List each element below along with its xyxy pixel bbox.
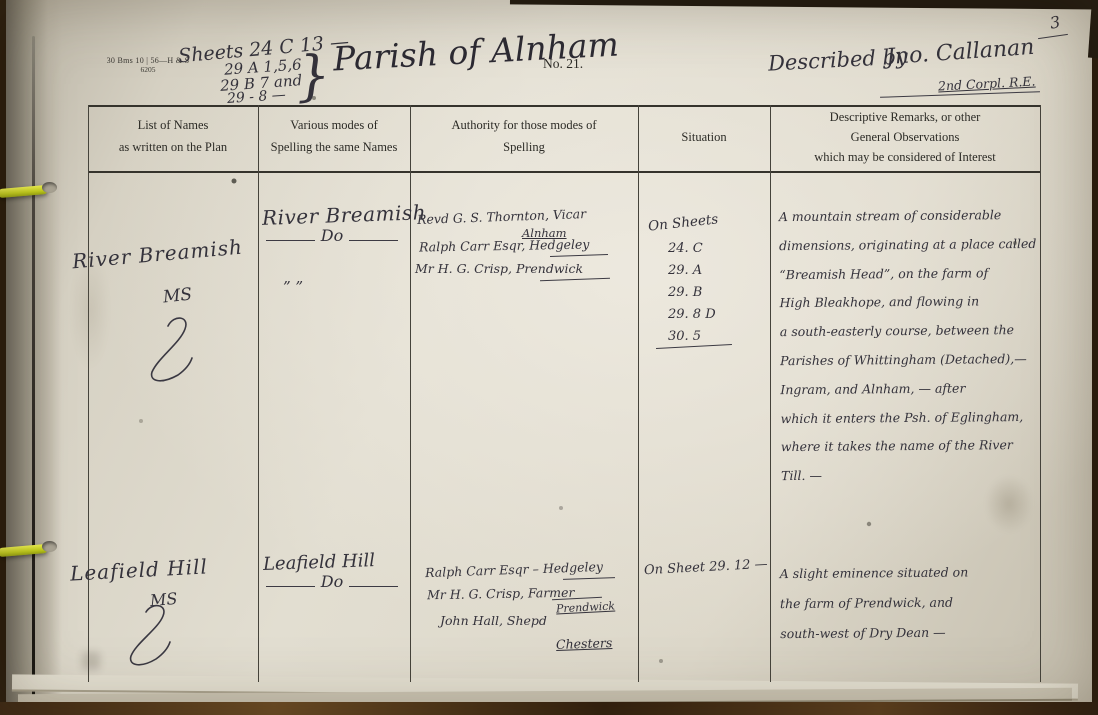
scanned-name-book-page: 3 30 Bms 10 | 56—H & S 6205 Sheets 24 C … (0, 0, 1098, 715)
row1-name-annotation: MS (162, 285, 193, 308)
remarks-line: “Breamish Head”, on the farm of (779, 258, 1039, 289)
paper-specks (0, 0, 2, 2)
ditto-rule-right (349, 240, 398, 241)
column-divider-2 (410, 105, 411, 682)
header-line: Various modes of (261, 114, 407, 136)
binding-hole-top (42, 182, 57, 193)
header-line: Authority for those modes of (413, 114, 635, 136)
column-divider-4 (770, 105, 771, 682)
row1-situation-sheet-list: 24. C 29. A 29. B 29. 8 D 30. 5 (668, 238, 716, 348)
header-line: which may be considered of Interest (774, 147, 1036, 167)
header-authority: Authority for those modes of Spelling (413, 114, 635, 158)
binding-hole-bottom (42, 541, 57, 552)
remarks-line: which it enters the Psh. of Eglingham, (781, 402, 1041, 433)
fingerprint-smudge (985, 475, 1033, 533)
remarks-line: south-west of Dry Dean — (780, 617, 1040, 649)
row1-authority-line-3: Ralph Carr Esqr, Hedgeley (419, 237, 590, 255)
row1-ditto-marks: ” ” (283, 278, 303, 296)
row2-spelling-ditto: Do (266, 572, 398, 591)
header-spelling-modes: Various modes of Spelling the same Names (261, 114, 407, 158)
gutter-crease (32, 36, 35, 704)
table-left-border (88, 105, 89, 682)
ditto-rule-left (266, 586, 315, 587)
remarks-line: A mountain stream of considerable (779, 201, 1039, 232)
table-header-bottom-rule (88, 171, 1040, 173)
ditto-rule-right (349, 586, 398, 587)
sheet-ref: 29. B (668, 282, 716, 304)
row1-authority-line-4: Mr H. G. Crisp, Prendwick (415, 261, 583, 276)
row2-authority-line-5: Chesters (556, 635, 613, 652)
header-line: Spelling (413, 136, 635, 158)
row1-remarks: A mountain stream of considerable dimens… (779, 201, 1042, 491)
remarks-line: High Bleakhope, and flowing in (780, 287, 1040, 318)
ditto-text: Do (315, 572, 349, 591)
header-line: Spelling the same Names (261, 136, 407, 158)
sheet-ref: 29. 8 D (668, 304, 716, 326)
remarks-line: Ingram, and Alnham, — after (780, 374, 1040, 405)
header-line: Descriptive Remarks, or other (774, 107, 1036, 127)
remarks-line: a south-easterly course, between the (780, 316, 1040, 347)
ditto-rule-left (266, 240, 315, 241)
header-line: as written on the Plan (92, 136, 254, 158)
row2-flourish-mark (118, 600, 180, 672)
sheets-note-brace: } (294, 43, 332, 108)
header-line: List of Names (92, 114, 254, 136)
remarks-line: dimensions, originating at a place calle… (779, 230, 1039, 261)
remarks-line: the farm of Prendwick, and (780, 587, 1040, 619)
paper-stain (70, 250, 110, 370)
remarks-line: Parishes of Whittingham (Detached),— (780, 345, 1040, 376)
remarks-line: A slight eminence situated on (780, 557, 1040, 589)
row1-spelling-ditto: Do (266, 226, 398, 245)
table-surface (0, 702, 1098, 715)
ditto-text: Do (315, 226, 349, 245)
header-list-of-names: List of Names as written on the Plan (92, 114, 254, 158)
row2-remarks: A slight eminence situated on the farm o… (780, 557, 1041, 649)
row2-authority-line-4: John Hall, Shepd (440, 613, 547, 628)
sheet-ref: 29. A (668, 260, 716, 282)
remarks-line: where it takes the name of the River (781, 431, 1041, 462)
column-divider-1 (258, 105, 259, 682)
header-line: General Observations (774, 127, 1036, 147)
sheet-ref: 24. C (668, 238, 716, 260)
header-situation: Situation (641, 126, 767, 148)
header-line: Situation (641, 126, 767, 148)
column-divider-3 (638, 105, 639, 682)
header-remarks: Descriptive Remarks, or other General Ob… (774, 107, 1036, 167)
row1-flourish-mark (138, 312, 200, 390)
